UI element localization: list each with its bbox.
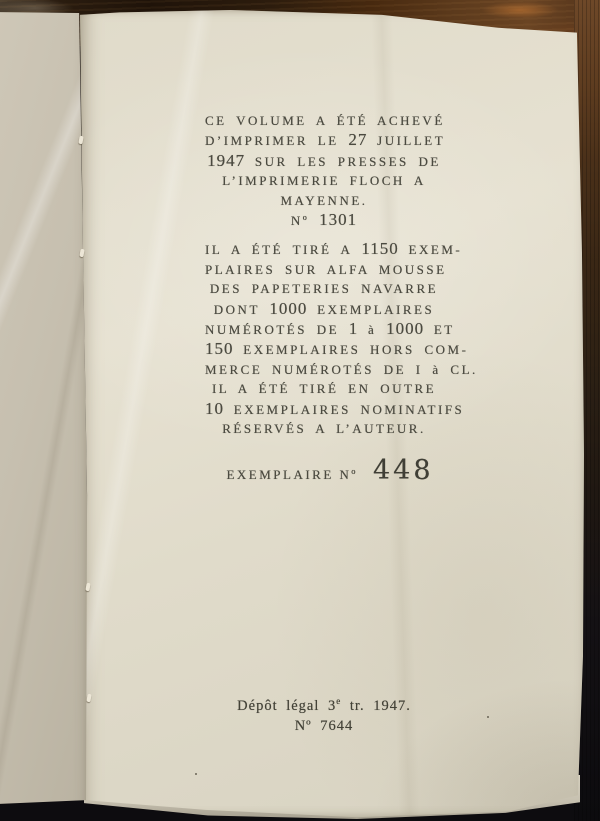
print-number-line: Nº 1301 (205, 210, 443, 230)
colophon-line: DES PAPETERIES NAVARRE (205, 279, 443, 298)
colophon-block-tirage: IL A ÉTÉ TIRÉ A 1150 EXEM- PLAIRES SUR A… (205, 239, 443, 379)
colophon-line: CE VOLUME A ÉTÉ ACHEVÉ (205, 111, 443, 130)
depot-legal-line: Dépôt légal 3e tr. 1947. (205, 691, 443, 716)
exemplaire-number-stamp: 448 (373, 455, 434, 486)
colophon-line: MAYENNE. (205, 191, 443, 210)
colophon-block-printing: CE VOLUME A ÉTÉ ACHEVÉ D’IMPRIMER LE 27 … (205, 111, 443, 230)
colophon-page: CE VOLUME A ÉTÉ ACHEVÉ D’IMPRIMER LE 27 … (79, 10, 584, 818)
colophon-line: L’IMPRIMERIE FLOCH A (205, 171, 443, 190)
facing-page (0, 0, 92, 812)
colophon-line: IL A ÉTÉ TIRÉ EN OUTRE (205, 379, 443, 398)
colophon-line: 150 EXEMPLAIRES HORS COM- (205, 339, 443, 359)
colophon-line: DONT 1000 EXEMPLAIRES (205, 299, 443, 319)
book-photo: CE VOLUME A ÉTÉ ACHEVÉ D’IMPRIMER LE 27 … (0, 0, 600, 821)
colophon-line: D’IMPRIMER LE 27 JUILLET (205, 130, 443, 150)
colophon-line: MERCE NUMÉROTÉS DE I à CL. (205, 360, 443, 379)
paper-speck (487, 716, 489, 718)
paper-speck (195, 773, 197, 775)
depot-legal-block: Dépôt légal 3e tr. 1947. Nº 7644 (205, 691, 443, 737)
colophon-line: PLAIRES SUR ALFA MOUSSE (205, 260, 443, 279)
colophon-line: IL A ÉTÉ TIRÉ A 1150 EXEM- (205, 239, 443, 259)
colophon-line: 1947 SUR LES PRESSES DE (205, 151, 443, 171)
exemplaire-line: EXEMPLAIRE Nº 448 (205, 455, 443, 486)
colophon-block-nominatifs: IL A ÉTÉ TIRÉ EN OUTRE 10 EXEMPLAIRES NO… (205, 379, 443, 438)
colophon-text: CE VOLUME A ÉTÉ ACHEVÉ D’IMPRIMER LE 27 … (205, 111, 443, 736)
depot-number-line: Nº 7644 (205, 716, 443, 737)
colophon-line: NUMÉROTÉS DE 1 à 1000 ET (205, 319, 443, 339)
exemplaire-label: EXEMPLAIRE Nº (226, 467, 358, 483)
colophon-line: 10 EXEMPLAIRES NOMINATIFS (205, 399, 443, 419)
colophon-line: RÉSERVÉS A L’AUTEUR. (205, 419, 443, 438)
